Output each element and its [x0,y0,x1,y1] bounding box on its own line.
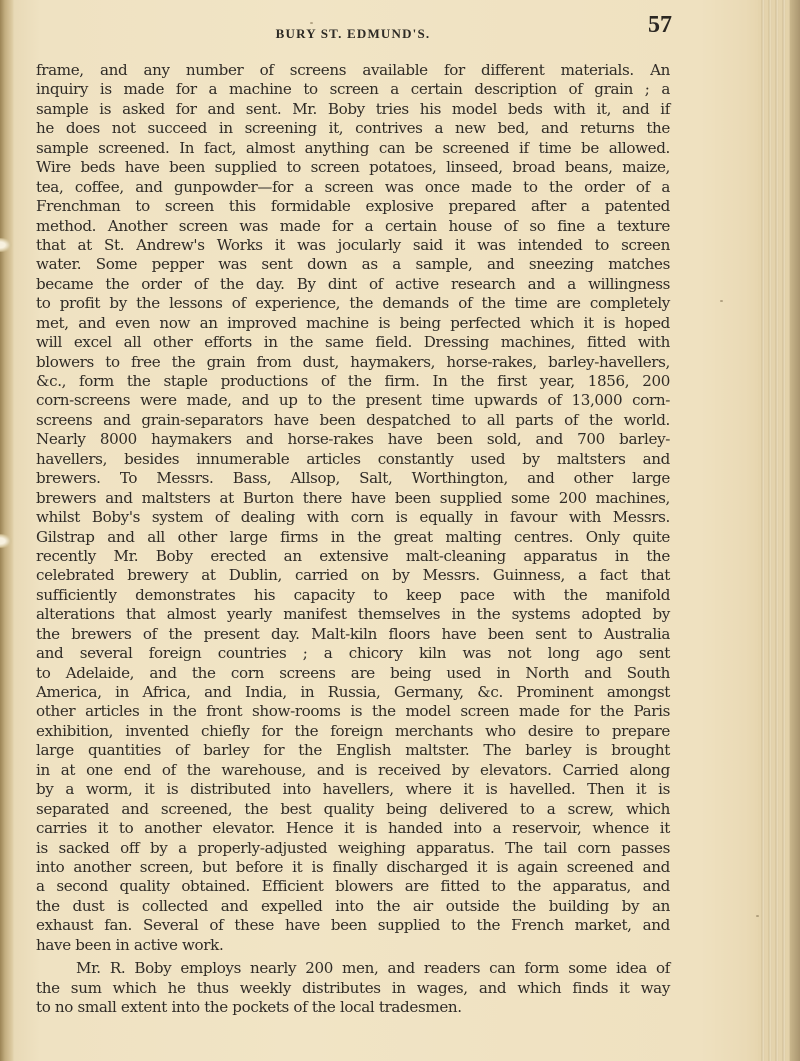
text-line: water. Some pepper was sent down as a sa… [36,255,670,274]
text-line: the sum which he thus weekly distributes… [36,979,670,998]
text-line: the brewers of the present day. Malt-kil… [36,625,670,644]
text-line: to no small extent into the pockets of t… [36,998,670,1017]
paragraph: Mr. R. Boby employs nearly 200 men, and … [36,959,670,1017]
text-line: havellers, besides innumerable articles … [36,450,670,469]
book-page: BURY ST. EDMUND'S. 57 frame, and any num… [0,0,800,1061]
text-line: is sacked off by a properly-adjusted wei… [36,839,670,858]
text-line: recently Mr. Boby erected an extensive m… [36,547,670,566]
text-line: by a worm, it is distributed into havell… [36,780,670,799]
text-line: corn-screens were made, and up to the pr… [36,391,670,410]
body-text: frame, and any number of screens availab… [36,61,670,1017]
text-line: alterations that almost yearly manifest … [36,605,670,624]
page-header: BURY ST. EDMUND'S. 57 [36,12,670,42]
binding-gutter [0,0,14,1061]
paper-speck [756,915,759,917]
text-line: the dust is collected and expelled into … [36,897,670,916]
text-line: inquiry is made for a machine to screen … [36,80,670,99]
text-line: in at one end of the warehouse, and is r… [36,761,670,780]
text-line: became the order of the day. By dint of … [36,275,670,294]
text-line: that at St. Andrew's Works it was jocula… [36,236,670,255]
text-line: met, and even now an improved machine is… [36,314,670,333]
text-line: carries it to another elevator. Hence it… [36,819,670,838]
text-line: and several foreign countries ; a chicor… [36,644,670,663]
text-line: Frenchman to screen this formidable expl… [36,197,670,216]
text-line: sample is asked for and sent. Mr. Boby t… [36,100,670,119]
text-line: separated and screened, the best quality… [36,800,670,819]
text-line: America, in Africa, and India, in Russia… [36,683,670,702]
text-line: tea, coffee, and gunpowder—for a screen … [36,178,670,197]
text-line: frame, and any number of screens availab… [36,61,670,80]
text-line: method. Another screen was made for a ce… [36,217,670,236]
text-line: have been in active work. [36,936,670,955]
text-line: sample screened. In fact, almost anythin… [36,139,670,158]
text-line: sufficiently demonstrates his capacity t… [36,586,670,605]
paper-speck [720,300,723,302]
text-line: Mr. R. Boby employs nearly 200 men, and … [36,959,670,978]
page-edges [758,0,800,1061]
text-line: large quantities of barley for the Engli… [36,741,670,760]
text-line: exhibition, invented chiefly for the for… [36,722,670,741]
text-line: into another screen, but before it is fi… [36,858,670,877]
text-line: to Adelaide, and the corn screens are be… [36,664,670,683]
text-line: other articles in the front show-rooms i… [36,702,670,721]
text-line: brewers and maltsters at Burton there ha… [36,489,670,508]
text-line: will excel all other efforts in the same… [36,333,670,352]
text-line: whilst Boby's system of dealing with cor… [36,508,670,527]
text-line: he does not succeed in screening it, con… [36,119,670,138]
text-line: Wire beds have been supplied to screen p… [36,158,670,177]
text-line: Nearly 8000 haymakers and horse-rakes ha… [36,430,670,449]
paper-speck [310,22,313,24]
text-line: brewers. To Messrs. Bass, Allsop, Salt, … [36,469,670,488]
text-line: &c., form the staple productions of the … [36,372,670,391]
text-line: screens and grain-separators have been d… [36,411,670,430]
text-line: to profit by the lessons of experience, … [36,294,670,313]
binding-stitch [0,238,12,252]
binding-stitch [0,534,12,548]
text-line: exhaust fan. Several of these have been … [36,916,670,935]
text-line: blowers to free the grain from dust, hay… [36,353,670,372]
text-line: celebrated brewery at Dublin, carried on… [36,566,670,585]
paragraph: frame, and any number of screens availab… [36,61,670,955]
text-line: Gilstrap and all other large firms in th… [36,528,670,547]
running-head: BURY ST. EDMUND'S. [36,26,670,42]
text-line: a second quality obtained. Efficient blo… [36,877,670,896]
page-number: 57 [648,12,672,39]
